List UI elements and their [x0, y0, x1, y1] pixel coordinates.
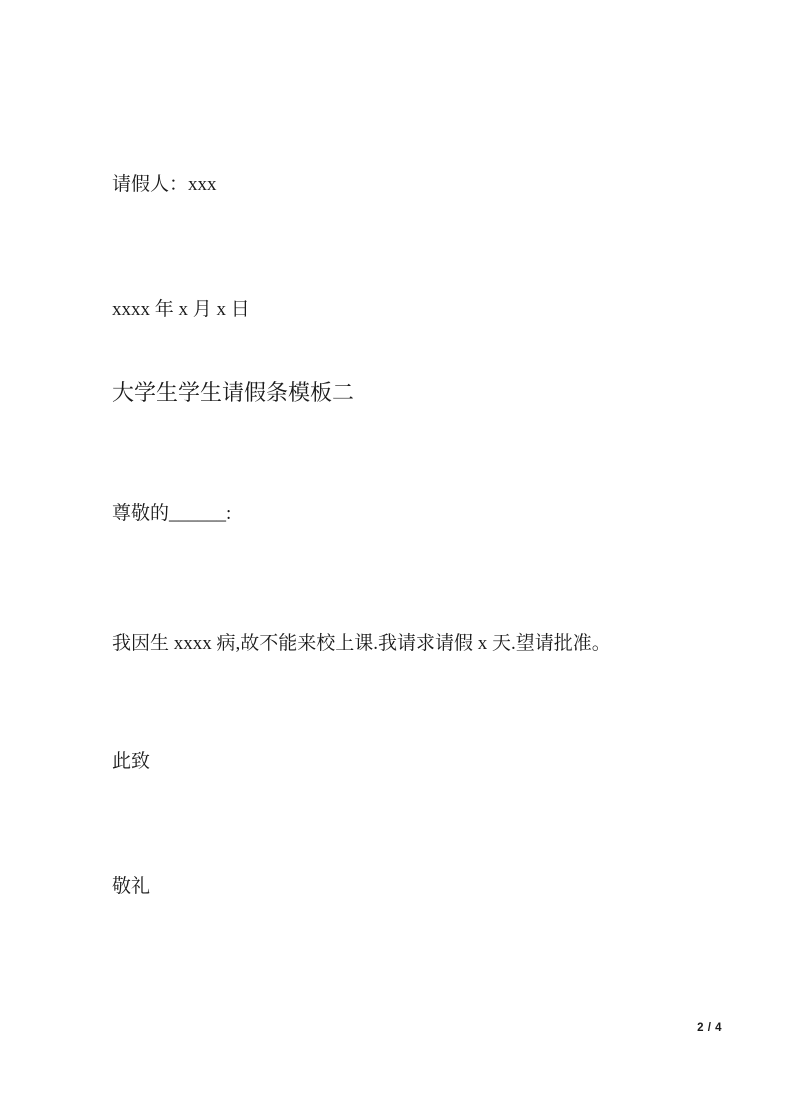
page-indicator: 2 / 4 [697, 1022, 722, 1034]
date-line: xxxx 年 x 月 x 日 [112, 299, 250, 321]
section-title: 大学生学生请假条模板二 [112, 380, 354, 405]
document-page: 请假人：xxx xxxx 年 x 月 x 日 大学生学生请假条模板二 尊敬的__… [0, 0, 792, 1120]
body-text-line: 我因生 xxxx 病,故不能来校上课.我请求请假 x 天.望请批准。 [112, 633, 611, 655]
closing-jingli-line: 敬礼 [112, 876, 150, 898]
salutation-line: 尊敬的______: [112, 503, 231, 525]
signer-line: 请假人：xxx [112, 174, 217, 196]
closing-cizhi-line: 此致 [112, 751, 150, 773]
